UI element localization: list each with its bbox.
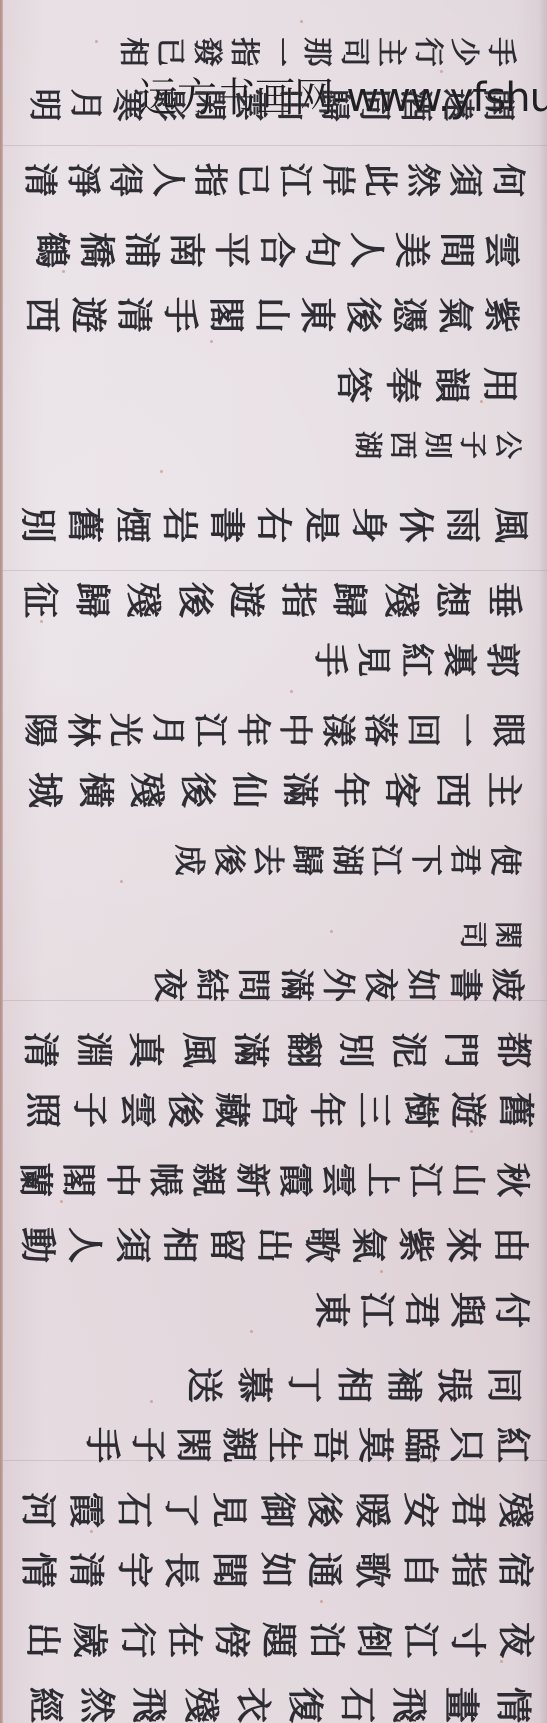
calligraphy-glyph: 了 bbox=[162, 1488, 206, 1532]
calligraphy-glyph: 煙 bbox=[113, 503, 157, 546]
calligraphy-glyph: 司 bbox=[453, 920, 497, 951]
calligraphy-glyph: 江 bbox=[276, 161, 320, 200]
calligraphy-glyph: 寸 bbox=[449, 1618, 493, 1661]
calligraphy-glyph: 後 bbox=[166, 1088, 210, 1131]
calligraphy-column: 由來紫氣歌出留相須人動 bbox=[15, 1223, 535, 1267]
paper-speck bbox=[160, 470, 163, 473]
calligraphy-glyph: 如 bbox=[404, 966, 448, 1004]
calligraphy-glyph: 歌 bbox=[353, 1548, 397, 1592]
calligraphy-glyph: 歸 bbox=[330, 576, 374, 624]
calligraphy-glyph: 去 bbox=[249, 842, 293, 877]
calligraphy-glyph: 石 bbox=[114, 1488, 158, 1532]
calligraphy-glyph: 氣 bbox=[350, 1223, 394, 1266]
calligraphy-glyph: 衣 bbox=[234, 1681, 278, 1723]
paper-speck bbox=[330, 930, 333, 933]
calligraphy-glyph: 手 bbox=[83, 1424, 127, 1466]
calligraphy-glyph: 年 bbox=[307, 1088, 351, 1131]
calligraphy-glyph: 東 bbox=[313, 1290, 357, 1331]
calligraphy-glyph: 由 bbox=[491, 1223, 535, 1266]
calligraphy-glyph: 西 bbox=[434, 767, 478, 814]
calligraphy-glyph: 用 bbox=[481, 363, 525, 408]
calligraphy-column: 何須然此岸江已指人得淨清 bbox=[20, 158, 530, 202]
calligraphy-glyph: 主 bbox=[485, 767, 529, 814]
calligraphy-glyph: 雨 bbox=[444, 503, 488, 546]
calligraphy-glyph: 人 bbox=[149, 161, 193, 200]
calligraphy-glyph: 畫 bbox=[442, 1681, 486, 1723]
calligraphy-column: 手少行主司那一指發已相 bbox=[115, 30, 520, 74]
calligraphy-glyph: 山 bbox=[450, 1160, 494, 1199]
calligraphy-glyph: 人 bbox=[348, 230, 392, 271]
calligraphy-glyph: 清 bbox=[67, 1548, 111, 1592]
calligraphy-glyph: 相 bbox=[335, 1362, 379, 1408]
calligraphy-glyph: 光 bbox=[106, 711, 150, 750]
paper-seam bbox=[3, 145, 547, 146]
calligraphy-glyph: 閣 bbox=[207, 294, 251, 336]
calligraphy-glyph: 君 bbox=[448, 1488, 492, 1532]
calligraphy-glyph: 三 bbox=[355, 1088, 399, 1131]
calligraphy-glyph: 一 bbox=[446, 711, 490, 750]
calligraphy-column: 用韻奉答 bbox=[330, 363, 525, 407]
calligraphy-glyph: 右 bbox=[255, 503, 299, 546]
calligraphy-glyph: 身 bbox=[350, 503, 394, 546]
calligraphy-glyph: 郭 bbox=[484, 641, 528, 680]
calligraphy-glyph: 只 bbox=[447, 1424, 491, 1466]
calligraphy-glyph: 情 bbox=[19, 1548, 63, 1592]
calligraphy-glyph: 中 bbox=[103, 1160, 147, 1199]
calligraphy-glyph: 清 bbox=[21, 1026, 65, 1075]
calligraphy-column: 公子別西湖 bbox=[350, 423, 525, 467]
calligraphy-glyph: 雲 bbox=[483, 230, 527, 271]
calligraphy-glyph: 夜 bbox=[151, 966, 195, 1004]
calligraphy-glyph: 滿 bbox=[278, 966, 322, 1004]
calligraphy-glyph: 回 bbox=[404, 711, 448, 750]
calligraphy-glyph: 年 bbox=[332, 767, 376, 814]
calligraphy-glyph: 都 bbox=[494, 1026, 538, 1075]
calligraphy-glyph: 然 bbox=[404, 161, 448, 200]
calligraphy-glyph: 仙 bbox=[230, 767, 274, 814]
calligraphy-glyph: 殘 bbox=[124, 576, 168, 624]
paper-speck bbox=[150, 1400, 153, 1403]
calligraphy-glyph: 河 bbox=[19, 1488, 63, 1532]
calligraphy-column: 垂想殘歸指遊後殘歸征 bbox=[15, 578, 530, 622]
calligraphy-glyph: 與 bbox=[448, 1290, 492, 1331]
calligraphy-glyph: 韻 bbox=[432, 363, 476, 408]
calligraphy-glyph: 遊 bbox=[449, 1088, 493, 1131]
calligraphy-glyph: 閣 bbox=[60, 1160, 104, 1199]
calligraphy-glyph: 西 bbox=[23, 294, 67, 336]
paper-speck bbox=[320, 1600, 323, 1603]
calligraphy-glyph: 見 bbox=[210, 1488, 254, 1532]
calligraphy-glyph: 別 bbox=[336, 1026, 380, 1075]
calligraphy-glyph: 紫 bbox=[397, 1223, 441, 1266]
paper-speck bbox=[250, 1330, 253, 1333]
paper-speck bbox=[380, 1270, 383, 1273]
calligraphy-glyph: 然 bbox=[78, 1681, 122, 1723]
calligraphy-glyph: 裏 bbox=[441, 641, 485, 680]
calligraphy-glyph: 復 bbox=[286, 1681, 330, 1723]
calligraphy-glyph: 留 bbox=[208, 1223, 252, 1266]
calligraphy-column: 紫氣憑後東山閣手清遊西 bbox=[20, 293, 525, 337]
calligraphy-glyph: 是 bbox=[302, 503, 346, 546]
calligraphy-glyph: 後 bbox=[344, 294, 388, 336]
calligraphy-glyph: 客 bbox=[383, 767, 427, 814]
calligraphy-glyph: 何 bbox=[489, 161, 533, 200]
calligraphy-glyph: 此 bbox=[361, 161, 405, 200]
calligraphy-glyph: 親 bbox=[219, 1424, 263, 1466]
calligraphy-glyph: 湖 bbox=[348, 430, 392, 461]
calligraphy-glyph: 通 bbox=[305, 1548, 349, 1592]
calligraphy-glyph: 林 bbox=[64, 711, 108, 750]
calligraphy-glyph: 自 bbox=[401, 1548, 445, 1592]
calligraphy-glyph: 傍 bbox=[213, 1618, 257, 1661]
calligraphy-glyph: 動 bbox=[19, 1223, 63, 1266]
calligraphy-glyph: 君 bbox=[446, 842, 490, 877]
calligraphy-glyph: 結 bbox=[193, 966, 237, 1004]
calligraphy-column: 眼一回落漾中年江月光林陽 bbox=[20, 708, 530, 752]
calligraphy-glyph: 征 bbox=[21, 576, 65, 624]
calligraphy-column: 秋山江上雲霞新親帳中閣蘭 bbox=[15, 1158, 535, 1202]
calligraphy-column: 疲書如夜外滿問結夜 bbox=[150, 963, 530, 1007]
calligraphy-glyph: 夜 bbox=[362, 966, 406, 1004]
calligraphy-glyph: 同 bbox=[485, 1362, 529, 1408]
calligraphy-glyph: 指 bbox=[278, 576, 322, 624]
calligraphy-scroll: 手少行主司那一指發已相開遠酒同歸山雲閑影寒月明何須然此岸江已指人得淨清雲間美人句… bbox=[0, 0, 547, 1723]
calligraphy-glyph: 夜 bbox=[496, 1618, 540, 1661]
paper-speck bbox=[95, 40, 98, 43]
calligraphy-glyph: 書 bbox=[447, 966, 491, 1004]
calligraphy-glyph: 見 bbox=[355, 641, 399, 680]
calligraphy-glyph: 須 bbox=[113, 1223, 157, 1266]
calligraphy-glyph: 雲 bbox=[320, 1160, 364, 1199]
calligraphy-glyph: 宮 bbox=[260, 1088, 304, 1131]
calligraphy-glyph: 樹 bbox=[402, 1088, 446, 1131]
calligraphy-column: 情畫飛石復衣殘飛然經 bbox=[20, 1683, 540, 1723]
calligraphy-glyph: 疲 bbox=[489, 966, 533, 1004]
calligraphy-glyph: 明 bbox=[26, 86, 70, 123]
calligraphy-glyph: 想 bbox=[433, 576, 477, 624]
calligraphy-glyph: 宇 bbox=[114, 1548, 158, 1592]
calligraphy-glyph: 別 bbox=[19, 503, 63, 546]
calligraphy-glyph: 岩 bbox=[161, 503, 205, 546]
calligraphy-glyph: 君 bbox=[403, 1290, 447, 1331]
calligraphy-glyph: 滿 bbox=[281, 767, 325, 814]
calligraphy-glyph: 成 bbox=[170, 842, 214, 877]
calligraphy-glyph: 奉 bbox=[383, 363, 427, 408]
calligraphy-glyph: 殘 bbox=[128, 767, 172, 814]
calligraphy-column: 宿指自歌通如聞長宇清情 bbox=[15, 1548, 540, 1592]
calligraphy-glyph: 閑 bbox=[174, 1424, 218, 1466]
calligraphy-glyph: 殘 bbox=[182, 1681, 226, 1723]
calligraphy-glyph: 手 bbox=[161, 294, 205, 336]
calligraphy-glyph: 淨 bbox=[64, 161, 108, 200]
calligraphy-glyph: 生 bbox=[265, 1424, 309, 1466]
calligraphy-glyph: 飛 bbox=[390, 1681, 434, 1723]
calligraphy-glyph: 憑 bbox=[390, 294, 434, 336]
paper-speck bbox=[120, 880, 123, 883]
paper-speck bbox=[290, 690, 293, 693]
calligraphy-glyph: 安 bbox=[401, 1488, 445, 1532]
calligraphy-glyph: 聞 bbox=[210, 1548, 254, 1592]
calligraphy-glyph: 子 bbox=[128, 1424, 172, 1466]
calligraphy-glyph: 子 bbox=[71, 1088, 115, 1131]
calligraphy-column: 同張補相丁慕送 bbox=[180, 1363, 530, 1407]
calligraphy-glyph: 月 bbox=[67, 86, 111, 123]
paper-speck bbox=[300, 20, 303, 23]
calligraphy-glyph: 眼 bbox=[489, 711, 533, 750]
calligraphy-column: 付與君江東 bbox=[310, 1288, 535, 1332]
calligraphy-glyph: 泥 bbox=[389, 1026, 433, 1075]
calligraphy-glyph: 吾 bbox=[310, 1424, 354, 1466]
calligraphy-column: 夜寸江倒泊題傍在行歲出 bbox=[20, 1618, 540, 1662]
calligraphy-glyph: 滿 bbox=[231, 1026, 275, 1075]
calligraphy-glyph: 臨 bbox=[401, 1424, 445, 1466]
calligraphy-glyph: 真 bbox=[126, 1026, 170, 1075]
calligraphy-glyph: 下 bbox=[406, 842, 450, 877]
calligraphy-column: 風雨休身是右書岩煙舊別 bbox=[15, 503, 535, 547]
scroll-border-right bbox=[539, 0, 547, 1723]
calligraphy-glyph: 莫 bbox=[356, 1424, 400, 1466]
calligraphy-glyph: 美 bbox=[393, 230, 437, 271]
calligraphy-glyph: 須 bbox=[446, 161, 490, 200]
calligraphy-glyph: 飛 bbox=[130, 1681, 174, 1723]
calligraphy-glyph: 鶴 bbox=[33, 230, 77, 271]
calligraphy-glyph: 江 bbox=[407, 1160, 451, 1199]
calligraphy-glyph: 相 bbox=[161, 1223, 205, 1266]
calligraphy-glyph: 中 bbox=[276, 711, 320, 750]
calligraphy-glyph: 指 bbox=[448, 1548, 492, 1592]
calligraphy-glyph: 手 bbox=[312, 641, 356, 680]
calligraphy-glyph: 在 bbox=[166, 1618, 210, 1661]
calligraphy-column: 使君下江湖歸去後成 bbox=[170, 838, 525, 882]
calligraphy-glyph: 答 bbox=[334, 363, 378, 408]
calligraphy-glyph: 門 bbox=[441, 1026, 485, 1075]
calligraphy-glyph: 來 bbox=[444, 1223, 488, 1266]
calligraphy-glyph: 平 bbox=[213, 230, 257, 271]
calligraphy-glyph: 舊 bbox=[496, 1088, 540, 1131]
calligraphy-glyph: 霞 bbox=[67, 1488, 111, 1532]
calligraphy-glyph: 紫 bbox=[482, 294, 526, 336]
calligraphy-column: 閑司 bbox=[455, 913, 525, 957]
calligraphy-glyph: 年 bbox=[234, 711, 278, 750]
calligraphy-column: 主西客年滿仙後殘橫城 bbox=[20, 768, 530, 812]
calligraphy-glyph: 已 bbox=[234, 161, 278, 200]
calligraphy-glyph: 遊 bbox=[69, 294, 113, 336]
calligraphy-glyph: 句 bbox=[303, 230, 347, 271]
calligraphy-glyph: 長 bbox=[162, 1548, 206, 1592]
calligraphy-glyph: 岸 bbox=[319, 161, 363, 200]
calligraphy-column: 舊遊樹三年宮藏後雲子照 bbox=[20, 1088, 540, 1132]
calligraphy-glyph: 氣 bbox=[436, 294, 480, 336]
calligraphy-glyph: 倒 bbox=[355, 1618, 399, 1661]
calligraphy-glyph: 使 bbox=[485, 842, 529, 877]
calligraphy-glyph: 後 bbox=[305, 1488, 349, 1532]
calligraphy-glyph: 經 bbox=[26, 1681, 70, 1723]
calligraphy-glyph: 休 bbox=[397, 503, 441, 546]
calligraphy-glyph: 江 bbox=[191, 711, 235, 750]
calligraphy-glyph: 淵 bbox=[74, 1026, 118, 1075]
calligraphy-glyph: 湖 bbox=[328, 842, 372, 877]
calligraphy-glyph: 紅 bbox=[398, 641, 442, 680]
calligraphy-glyph: 蘭 bbox=[17, 1160, 61, 1199]
calligraphy-glyph: 新 bbox=[233, 1160, 277, 1199]
scroll-border-left bbox=[0, 0, 3, 1723]
calligraphy-glyph: 漾 bbox=[319, 711, 363, 750]
calligraphy-glyph: 情 bbox=[494, 1681, 538, 1723]
calligraphy-glyph: 付 bbox=[493, 1290, 537, 1331]
calligraphy-glyph: 風 bbox=[491, 503, 535, 546]
calligraphy-glyph: 指 bbox=[191, 161, 235, 200]
calligraphy-column: 雲間美人句合平南浦橋鶴 bbox=[30, 228, 525, 272]
calligraphy-glyph: 宿 bbox=[496, 1548, 540, 1592]
calligraphy-glyph: 送 bbox=[185, 1362, 229, 1408]
calligraphy-glyph: 歸 bbox=[72, 576, 116, 624]
calligraphy-column: 殘君安暖後御見了石霞河 bbox=[15, 1488, 540, 1532]
calligraphy-glyph: 江 bbox=[358, 1290, 402, 1331]
calligraphy-glyph: 垂 bbox=[484, 576, 528, 624]
calligraphy-glyph: 題 bbox=[260, 1618, 304, 1661]
calligraphy-glyph: 親 bbox=[190, 1160, 234, 1199]
calligraphy-glyph: 南 bbox=[168, 230, 212, 271]
calligraphy-glyph: 風 bbox=[179, 1026, 223, 1075]
calligraphy-glyph: 如 bbox=[258, 1548, 302, 1592]
calligraphy-glyph: 御 bbox=[258, 1488, 302, 1532]
calligraphy-glyph: 泊 bbox=[307, 1618, 351, 1661]
calligraphy-glyph: 殘 bbox=[381, 576, 425, 624]
calligraphy-glyph: 橫 bbox=[77, 767, 121, 814]
calligraphy-glyph: 人 bbox=[66, 1223, 110, 1266]
calligraphy-glyph: 補 bbox=[385, 1362, 429, 1408]
calligraphy-column: 郭裏紅見手 bbox=[310, 638, 525, 682]
calligraphy-glyph: 月 bbox=[149, 711, 193, 750]
calligraphy-glyph: 出 bbox=[24, 1618, 68, 1661]
paper-speck bbox=[210, 340, 213, 343]
calligraphy-glyph: 後 bbox=[179, 767, 223, 814]
calligraphy-glyph: 間 bbox=[438, 230, 482, 271]
calligraphy-glyph: 石 bbox=[338, 1681, 382, 1723]
calligraphy-glyph: 上 bbox=[363, 1160, 407, 1199]
calligraphy-glyph: 出 bbox=[255, 1223, 299, 1266]
calligraphy-glyph: 暖 bbox=[353, 1488, 397, 1532]
calligraphy-glyph: 合 bbox=[258, 230, 302, 271]
calligraphy-glyph: 山 bbox=[253, 294, 297, 336]
calligraphy-glyph: 翻 bbox=[284, 1026, 328, 1075]
calligraphy-glyph: 霞 bbox=[277, 1160, 321, 1199]
calligraphy-glyph: 雲 bbox=[118, 1088, 162, 1131]
calligraphy-glyph: 問 bbox=[236, 966, 280, 1004]
calligraphy-glyph: 歌 bbox=[302, 1223, 346, 1266]
calligraphy-glyph: 照 bbox=[24, 1088, 68, 1131]
calligraphy-glyph: 落 bbox=[361, 711, 405, 750]
calligraphy-glyph: 陽 bbox=[21, 711, 65, 750]
calligraphy-glyph: 遊 bbox=[227, 576, 271, 624]
calligraphy-glyph: 江 bbox=[367, 842, 411, 877]
calligraphy-glyph: 張 bbox=[435, 1362, 479, 1408]
watermark: 远方书画网-www.yfshuhu bbox=[138, 78, 547, 118]
calligraphy-glyph: 歸 bbox=[288, 842, 332, 877]
calligraphy-glyph: 橋 bbox=[78, 230, 122, 271]
calligraphy-glyph: 浦 bbox=[123, 230, 167, 271]
calligraphy-glyph: 藏 bbox=[213, 1088, 257, 1131]
calligraphy-glyph: 秋 bbox=[493, 1160, 537, 1199]
calligraphy-glyph: 書 bbox=[208, 503, 252, 546]
calligraphy-glyph: 紅 bbox=[492, 1424, 536, 1466]
calligraphy-glyph: 東 bbox=[298, 294, 342, 336]
calligraphy-column: 都門泥別翻滿風真淵清 bbox=[15, 1028, 540, 1072]
calligraphy-glyph: 歲 bbox=[71, 1618, 115, 1661]
calligraphy-glyph: 相 bbox=[113, 36, 157, 69]
calligraphy-glyph: 後 bbox=[175, 576, 219, 624]
calligraphy-glyph: 外 bbox=[320, 966, 364, 1004]
calligraphy-glyph: 後 bbox=[209, 842, 253, 877]
calligraphy-glyph: 帳 bbox=[147, 1160, 191, 1199]
calligraphy-glyph: 丁 bbox=[285, 1362, 329, 1408]
calligraphy-glyph: 清 bbox=[21, 161, 65, 200]
calligraphy-glyph: 舊 bbox=[66, 503, 110, 546]
calligraphy-glyph: 慕 bbox=[235, 1362, 279, 1408]
paper-seam bbox=[3, 570, 547, 571]
calligraphy-glyph: 得 bbox=[106, 161, 150, 200]
calligraphy-glyph: 江 bbox=[402, 1618, 446, 1661]
calligraphy-glyph: 行 bbox=[118, 1618, 162, 1661]
calligraphy-glyph: 殘 bbox=[496, 1488, 540, 1532]
calligraphy-column: 紅只臨莫吾生親閑子手 bbox=[80, 1423, 535, 1467]
calligraphy-glyph: 清 bbox=[115, 294, 159, 336]
calligraphy-glyph: 城 bbox=[26, 767, 70, 814]
